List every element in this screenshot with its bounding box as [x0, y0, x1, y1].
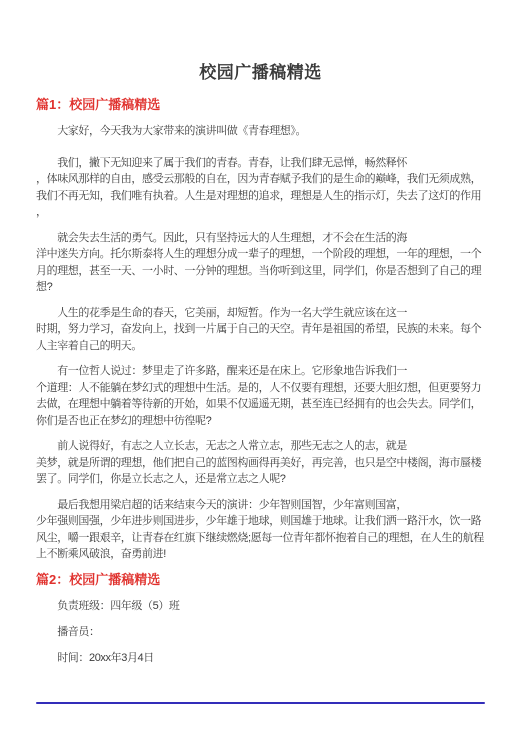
document-page: 校园广播稿精选 篇1：校园广播稿精选 大家好，今天我为大家带来的演讲叫做《青春理… — [0, 0, 520, 736]
paragraph-flower-season: 人生的花季是生命的春天，它美丽，却短暂。作为一名大学生就应该在这一 时期，努力学… — [36, 305, 485, 355]
paragraph-liang-qichao-closing: 最后我想用梁启超的话来结束今天的演讲：少年智则国智，少年富则国富， 少年强则国强… — [36, 497, 485, 563]
section-1-heading: 篇1：校园广播稿精选 — [36, 97, 485, 112]
paragraph-ambition: 前人说得好，有志之人立长志，无志之人常立志，那些无志之人的志，就是 美梦，就是所… — [36, 438, 485, 488]
info-announcer-line: 播音员： — [36, 624, 485, 641]
page-divider-line — [36, 702, 485, 704]
document-content: 校园广播稿精选 篇1：校园广播稿精选 大家好，今天我为大家带来的演讲叫做《青春理… — [0, 0, 520, 666]
paragraph-greeting: 大家好，今天我为大家带来的演讲叫做《青春理想》。 — [36, 123, 485, 140]
paragraph-philosopher-quote: 有一位哲人说过：梦里走了许多路，醒来还是在床上。它形象地告诉我们一 个道理：人不… — [36, 363, 485, 429]
paragraph-youth-freedom: 我们，撇下无知迎来了属于我们的青春。青春，让我们肆无忌惮，畅然释怀 ，体味风那样… — [36, 155, 485, 221]
section-2-heading: 篇2：校园广播稿精选 — [36, 572, 485, 587]
document-title: 校园广播稿精选 — [36, 62, 485, 84]
info-class-line: 负责班级：四年级（5）班 — [36, 598, 485, 615]
paragraph-life-ideal: 就会失去生活的勇气。因此，只有坚持远大的人生理想，才不会在生活的海 洋中迷失方向… — [36, 230, 485, 296]
info-date-line: 时间：20xx年3月4日 — [36, 650, 485, 667]
